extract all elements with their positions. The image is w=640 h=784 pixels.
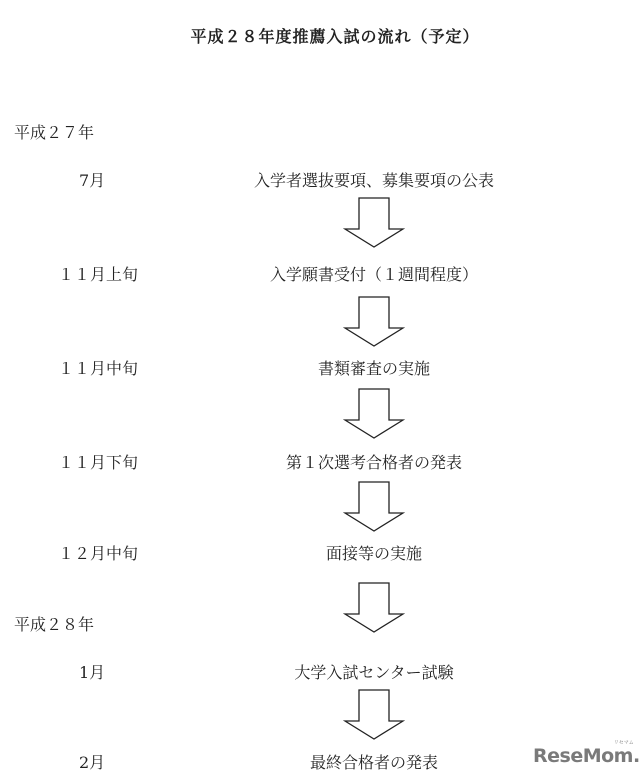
step-event: 第１次選考合格者の発表	[184, 450, 564, 473]
down-arrow-icon	[343, 388, 405, 440]
step-event: 面接等の実施	[184, 541, 564, 564]
step-month: 1月	[79, 660, 105, 683]
step-event: 書類審査の実施	[184, 356, 564, 379]
down-arrow-icon	[343, 689, 405, 741]
down-arrow-icon	[343, 481, 405, 533]
step-month: １１月下旬	[58, 450, 138, 473]
down-arrow-icon	[343, 582, 405, 634]
step-event: 入学者選抜要項、募集要項の公表	[184, 168, 564, 191]
step-event: 入学願書受付（１週間程度）	[184, 262, 564, 285]
logo-text: ReseMom.	[533, 745, 640, 767]
step-month: １１月中旬	[58, 356, 138, 379]
step-month: 7月	[79, 168, 105, 191]
step-event: 大学入試センター試験	[184, 660, 564, 683]
logo-ruby: リセマム	[614, 739, 634, 746]
step-month: １１月上旬	[58, 262, 138, 285]
step-month: １２月中旬	[58, 541, 138, 564]
step-month: 2月	[79, 750, 105, 773]
document-title: 平成２８年度推薦入試の流れ（予定）	[0, 24, 640, 47]
year-label-h28: 平成２８年	[14, 612, 94, 635]
step-event: 最終合格者の発表	[184, 750, 564, 773]
year-label-h27: 平成２７年	[14, 120, 94, 143]
resemom-logo: ReseMom. リセマム	[533, 745, 640, 767]
down-arrow-icon	[343, 296, 405, 348]
down-arrow-icon	[343, 197, 405, 249]
